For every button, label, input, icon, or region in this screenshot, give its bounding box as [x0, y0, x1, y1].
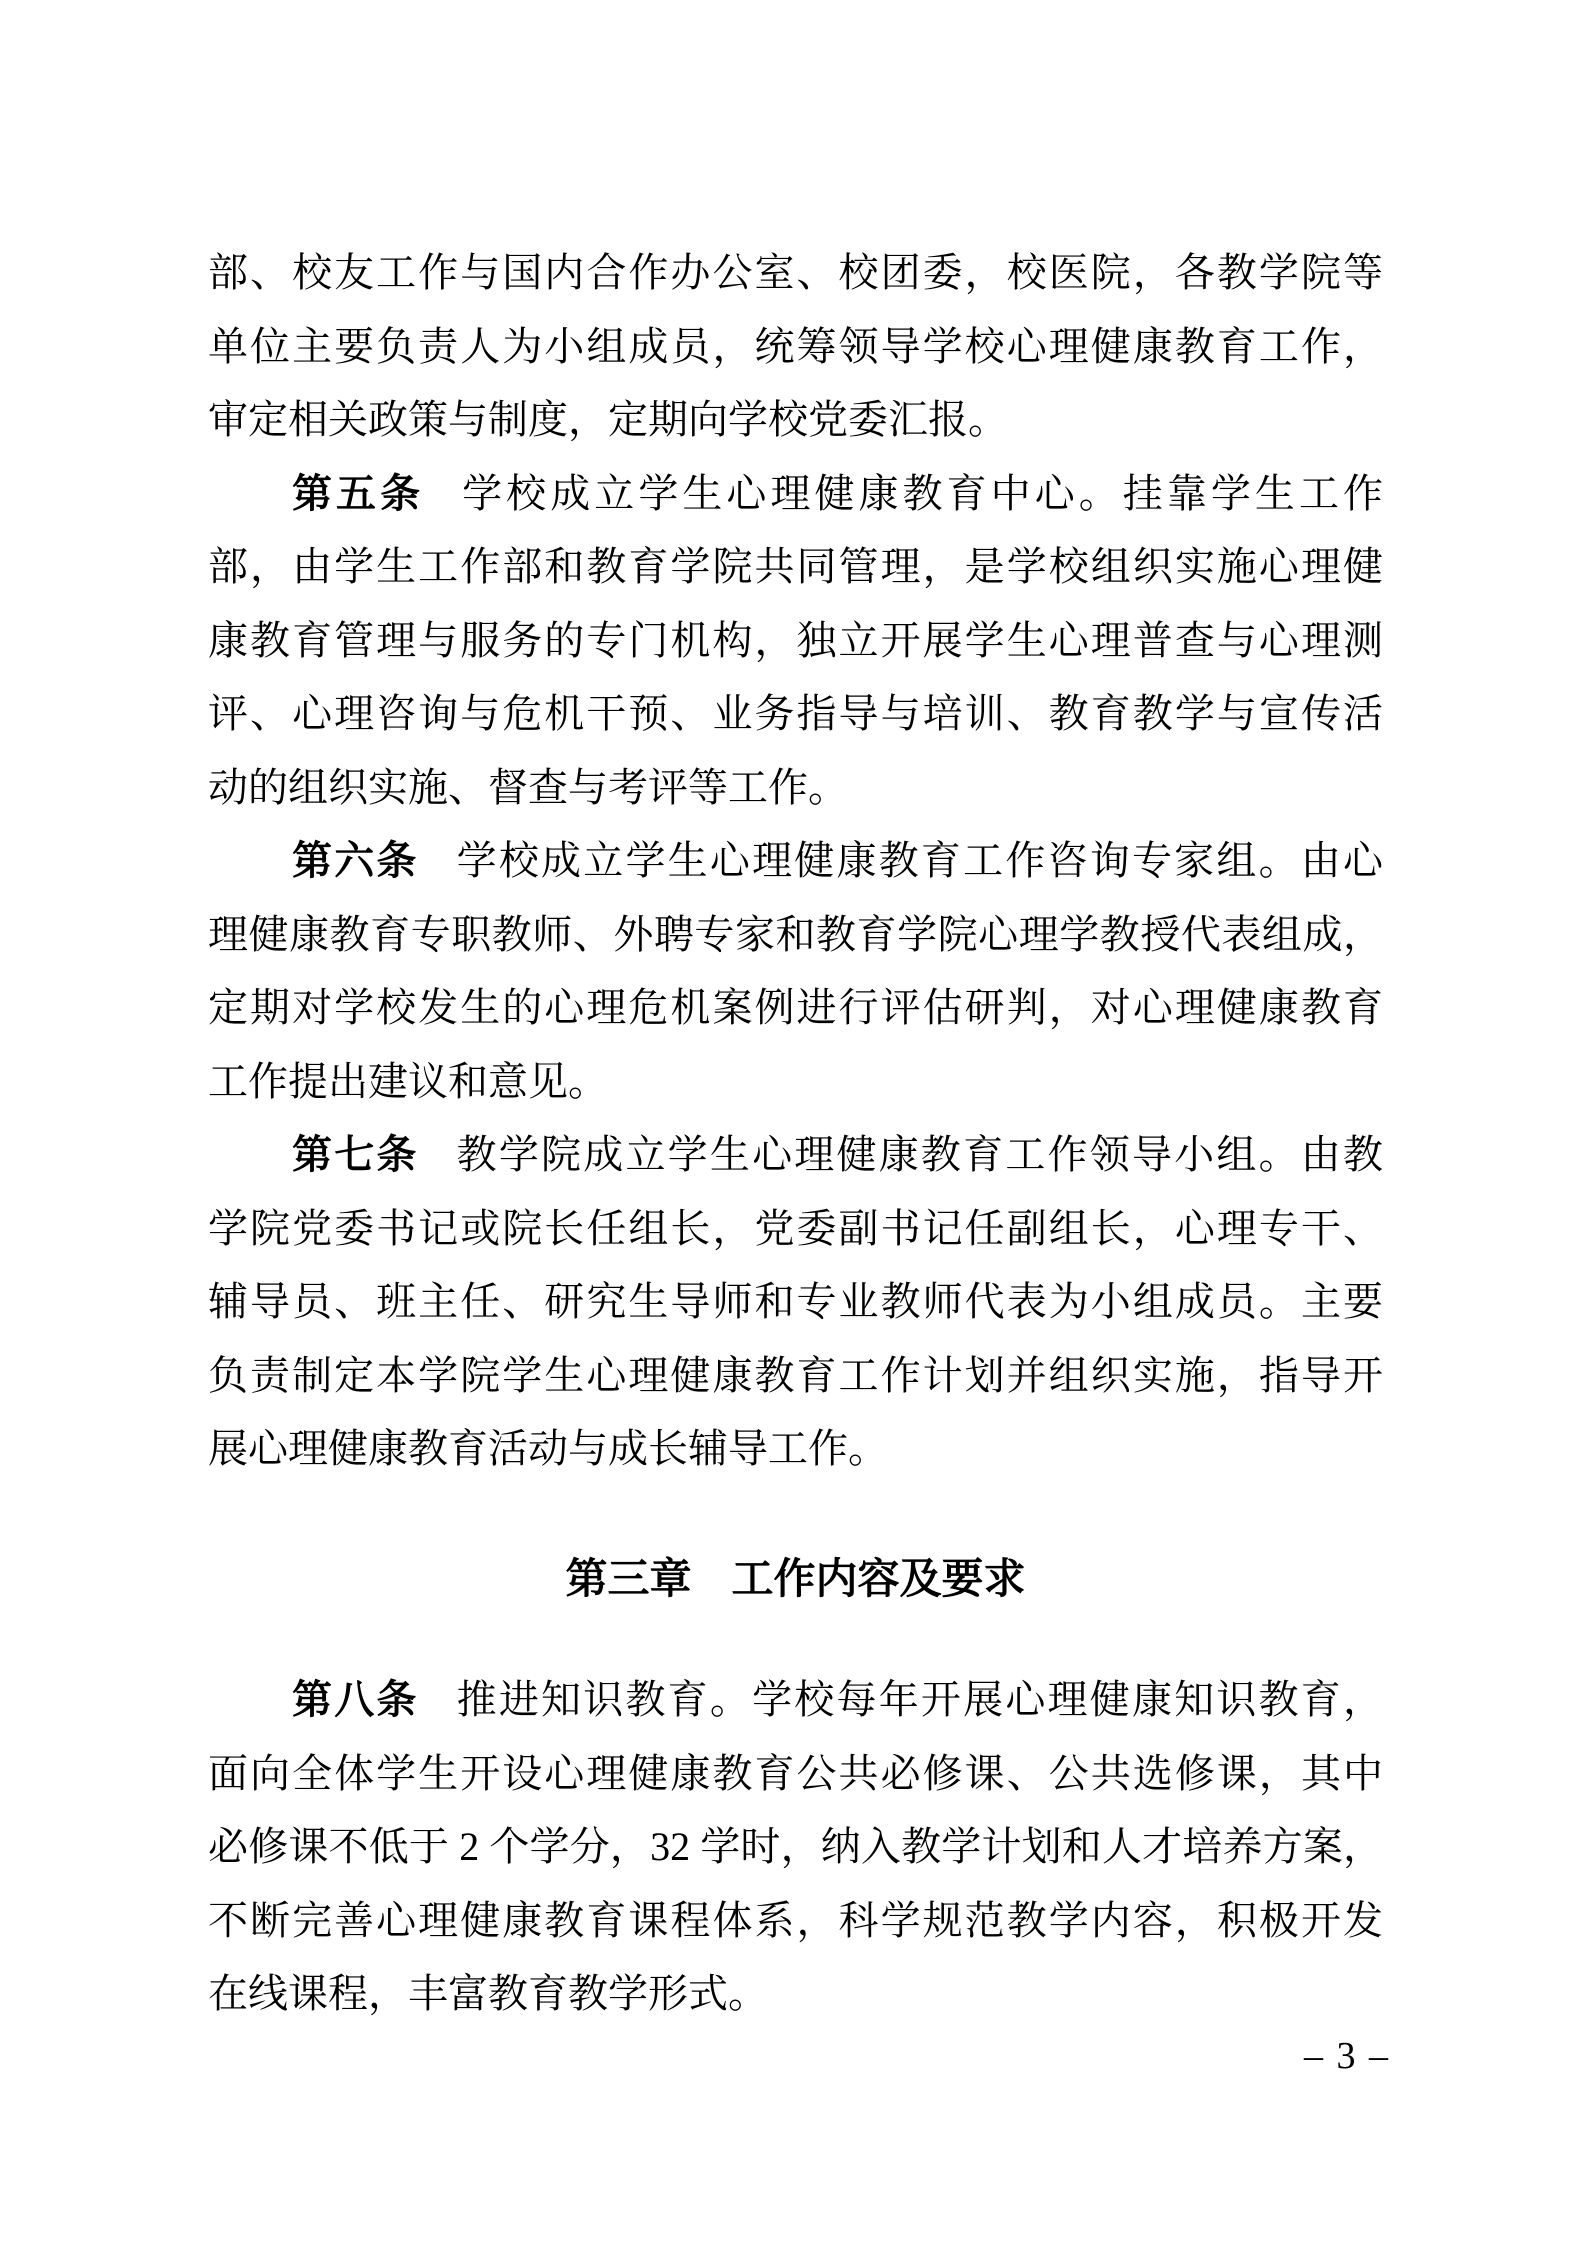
- body-line: 工作提出建议和意见。: [208, 1045, 1383, 1119]
- article-number-label: 第五条: [292, 472, 424, 516]
- article-number-label: 第八条: [292, 1678, 419, 1722]
- body-line: 定期对学校发生的心理危机案例进行评估研判，对心理健康教育: [208, 971, 1383, 1045]
- body-line: 不断完善心理健康教育课程体系，科学规范教学内容，积极开发: [208, 1884, 1383, 1958]
- body-line: 在线课程，丰富教育教学形式。: [208, 1957, 1383, 2031]
- body-line: 学院党委书记或院长任组长，党委副书记任副组长，心理专干、: [208, 1192, 1383, 1266]
- body-line: 单位主要负责人为小组成员，统筹领导学校心理健康教育工作，: [208, 310, 1383, 384]
- page-number: – 3 –: [1304, 2034, 1390, 2078]
- body-line: 部、校友工作与国内合作办公室、校团委，校医院，各教学院等: [208, 236, 1383, 310]
- chapter-number: 第三章: [565, 1555, 691, 1602]
- body-line: 展心理健康教育活动与成长辅导工作。: [208, 1412, 1383, 1486]
- body-text: 部、校友工作与国内合作办公室、校团委，校医院，各教学院等 单位主要负责人为小组成…: [208, 236, 1383, 2031]
- article-first-line: 第七条教学院成立学生心理健康教育工作领导小组。由教: [208, 1118, 1383, 1192]
- chapter-heading: 第三章工作内容及要求: [208, 1542, 1383, 1616]
- body-line: 面向全体学生开设心理健康教育公共必修课、公共选修课，其中: [208, 1737, 1383, 1811]
- body-line: 负责制定本学院学生心理健康教育工作计划并组织实施，指导开: [208, 1339, 1383, 1413]
- body-line: 辅导员、班主任、研究生导师和专业教师代表为小组成员。主要: [208, 1265, 1383, 1339]
- body-line: 康教育管理与服务的专门机构，独立开展学生心理普查与心理测: [208, 604, 1383, 678]
- body-line: 理健康教育专职教师、外聘专家和教育学院心理学教授代表组成，: [208, 898, 1383, 972]
- body-line: 评、心理咨询与危机干预、业务指导与培训、教育教学与宣传活: [208, 677, 1383, 751]
- article-number-label: 第六条: [292, 839, 419, 883]
- article-number-label: 第七条: [292, 1133, 419, 1177]
- body-line: 动的组织实施、督查与考评等工作。: [208, 751, 1383, 825]
- chapter-title: 工作内容及要求: [732, 1555, 1026, 1602]
- body-line: 审定相关政策与制度，定期向学校党委汇报。: [208, 383, 1383, 457]
- article-first-line: 第八条推进知识教育。学校每年开展心理健康知识教育，: [208, 1663, 1383, 1737]
- body-line: 必修课不低于 2 个学分，32 学时，纳入教学计划和人才培养方案，: [208, 1810, 1383, 1884]
- document-page: 部、校友工作与国内合作办公室、校团委，校医院，各教学院等 单位主要负责人为小组成…: [0, 0, 1588, 2245]
- article-first-line: 第六条学校成立学生心理健康教育工作咨询专家组。由心: [208, 824, 1383, 898]
- article-first-line: 第五条学校成立学生心理健康教育中心。挂靠学生工作: [208, 457, 1383, 531]
- body-line: 部，由学生工作部和教育学院共同管理，是学校组织实施心理健: [208, 530, 1383, 604]
